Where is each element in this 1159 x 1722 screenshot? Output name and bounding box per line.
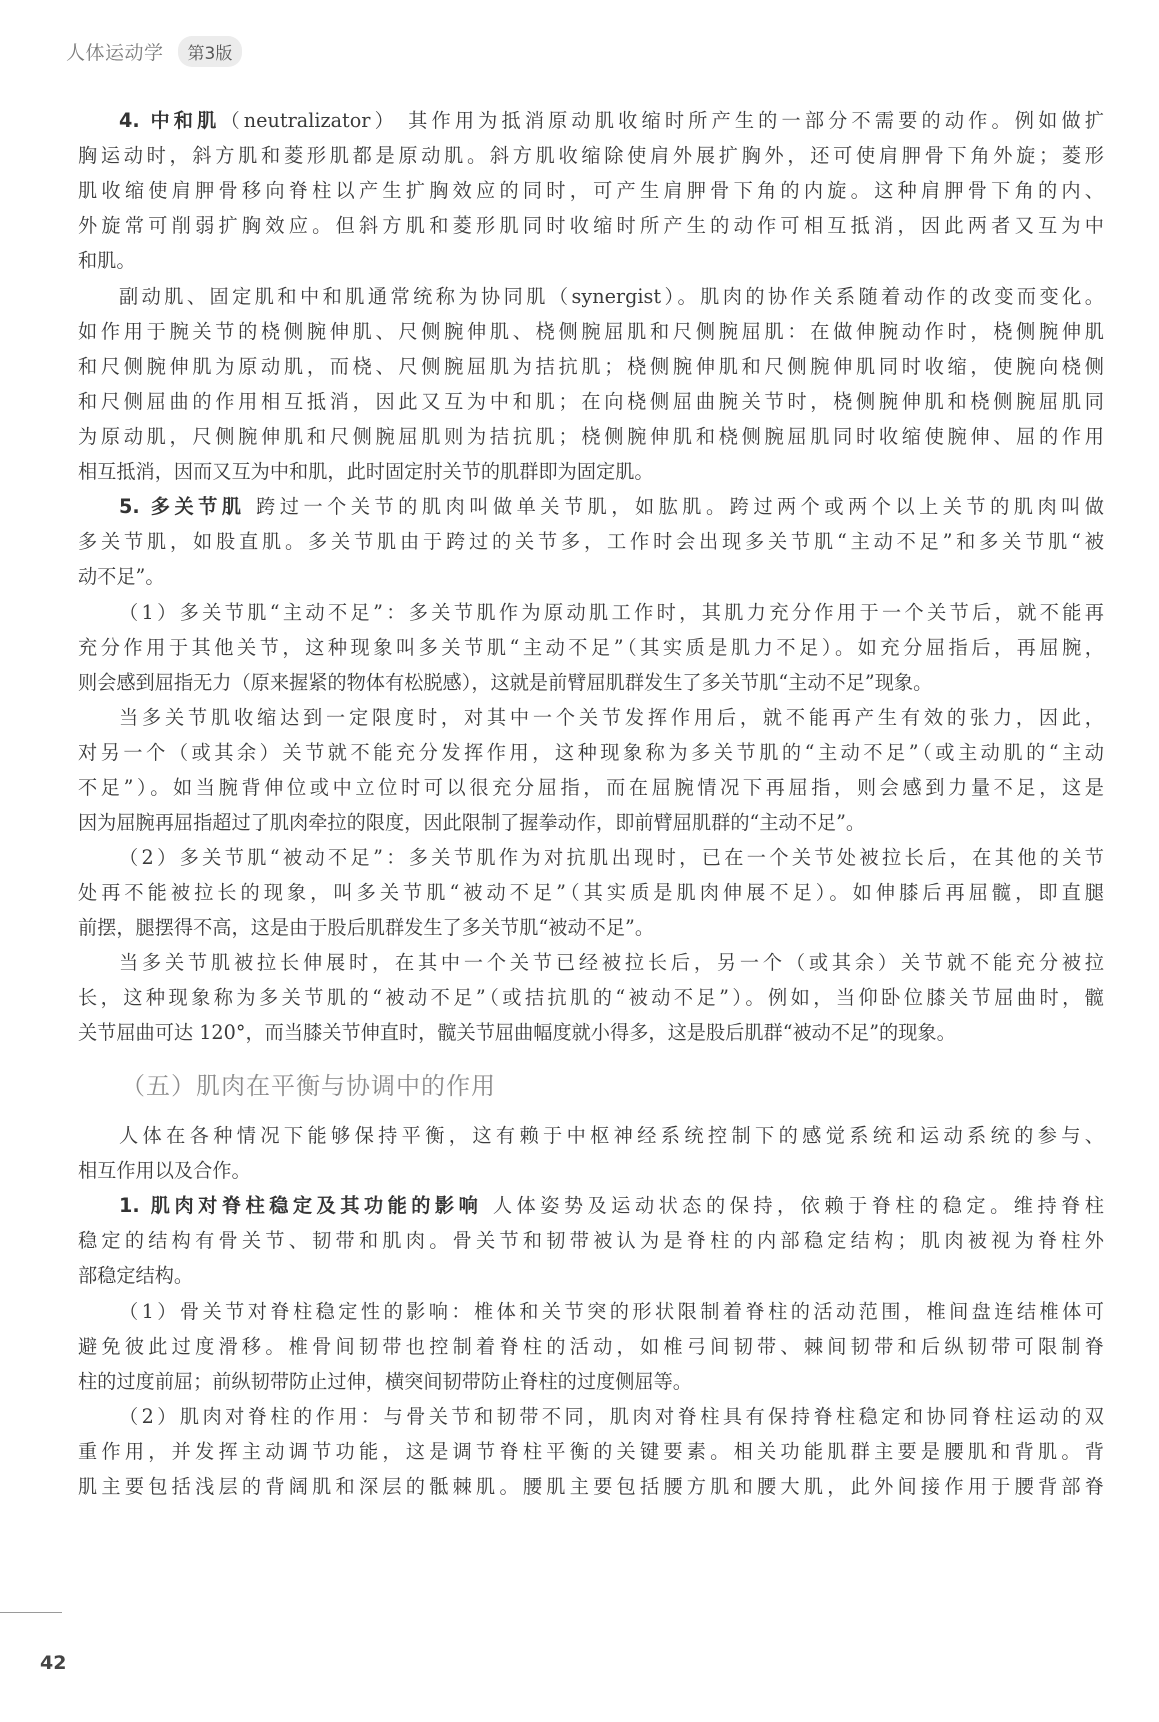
text-line: 部稳定结构。 [78, 1258, 1104, 1293]
text-line: 当多关节肌收缩达到一定限度时，对其中一个关节发挥作用后，就不能再产生有效的张力，… [78, 700, 1104, 735]
text-line: 则会感到屈指无力（原来握紧的物体有松脱感），这就是前臂屈肌群发生了多关节肌“主动… [78, 665, 1104, 700]
text-line: 副动肌、固定肌和中和肌通常统称为协同肌（synergist）。肌肉的协作关系随着… [78, 279, 1104, 314]
footer-rule [0, 1612, 62, 1613]
text-line: 动不足”。 [78, 559, 1104, 594]
text-line: （1）骨关节对脊柱稳定性的影响：椎体和关节突的形状限制着脊柱的活动范围，椎间盘连… [78, 1294, 1104, 1329]
text-line: 外旋常可削弱扩胸效应。但斜方肌和菱形肌同时收缩时所产生的动作可相互抵消，因此两者… [78, 208, 1104, 243]
page-number: 42 [40, 1652, 66, 1674]
text-line: 相互作用以及合作。 [78, 1153, 1104, 1188]
text-line: 不足”）。如当腕背伸位或中立位时可以很充分屈指，而在屈腕情况下再屈指，则会感到力… [78, 770, 1104, 805]
text-line: 如作用于腕关节的桡侧腕伸肌、尺侧腕伸肌、桡侧腕屈肌和尺侧腕屈肌：在做伸腕动作时，… [78, 314, 1104, 349]
text-line: 5. 多关节肌 跨过一个关节的肌肉叫做单关节肌，如肱肌。跨过两个或两个以上关节的… [78, 489, 1104, 524]
text-line: 关节屈曲可达 120°，而当膝关节伸直时，髋关节屈曲幅度就小得多，这是股后肌群“… [78, 1015, 1104, 1050]
subheading-neutralizer: 4. 中和肌 [119, 109, 220, 132]
text-line: 当多关节肌被拉长伸展时，在其中一个关节已经被拉长后，另一个（或其余）关节就不能充… [78, 945, 1104, 980]
section-title: （五）肌肉在平衡与协调中的作用 [78, 1056, 1104, 1116]
text-line: 柱的过度前屈；前纵韧带防止过伸，横突间韧带防止脊柱的过度侧屈等。 [78, 1364, 1104, 1399]
text-line: 充分作用于其他关节，这种现象叫多关节肌“主动不足”（其实质是肌力不足）。如充分屈… [78, 630, 1104, 665]
edition-badge: 第3版 [178, 36, 243, 67]
text-line: 因为屈腕再屈指超过了肌肉牵拉的限度，因此限制了握拳动作，即前臂屈肌群的“主动不足… [78, 805, 1104, 840]
text-line: 为原动肌，尺侧腕伸肌和尺侧腕屈肌则为拮抗肌；桡侧腕伸肌和桡侧腕屈肌同时收缩使腕伸… [78, 419, 1104, 454]
text-line: 肌收缩使肩胛骨移向脊柱以产生扩胸效应的同时，可产生肩胛骨下角的内旋。这种肩胛骨下… [78, 173, 1104, 208]
text-line: 长，这种现象称为多关节肌的“被动不足”（或拮抗肌的“被动不足”）。例如，当仰卧位… [78, 980, 1104, 1015]
text-line: 处再不能被拉长的现象，叫多关节肌“被动不足”（其实质是肌肉伸展不足）。如伸膝后再… [78, 875, 1104, 910]
text-line: 相互抵消，因而又互为中和肌，此时固定肘关节的肌群即为固定肌。 [78, 454, 1104, 489]
text-line: （2）肌肉对脊柱的作用：与骨关节和韧带不同，肌肉对脊柱具有保持脊柱稳定和协同脊柱… [78, 1399, 1104, 1434]
text-line: 对另一个（或其余）关节就不能充分发挥作用，这种现象称为多关节肌的“主动不足”（或… [78, 735, 1104, 770]
text-line: 和尺侧屈曲的作用相互抵消，因此又互为中和肌；在向桡侧屈曲腕关节时，桡侧腕伸肌和桡… [78, 384, 1104, 419]
page-body: 4. 中和肌（neutralizator） 其作用为抵消原动肌收缩时所产生的一部… [78, 103, 1104, 1504]
text-line: 4. 中和肌（neutralizator） 其作用为抵消原动肌收缩时所产生的一部… [78, 103, 1104, 138]
text-line: 多关节肌，如股直肌。多关节肌由于跨过的关节多，工作时会出现多关节肌“主动不足”和… [78, 524, 1104, 559]
text-line: 1. 肌肉对脊柱稳定及其功能的影响 人体姿势及运动状态的保持，依赖于脊柱的稳定。… [78, 1188, 1104, 1223]
text-line: 肌主要包括浅层的背阔肌和深层的骶棘肌。腰肌主要包括腰方肌和腰大肌，此外间接作用于… [78, 1469, 1104, 1504]
running-header: 人体运动学 第3版 [66, 36, 242, 67]
text-line: 稳定的结构有骨关节、韧带和肌肉。骨关节和韧带被认为是脊柱的内部稳定结构；肌肉被视… [78, 1223, 1104, 1258]
text-line: 和尺侧腕伸肌为原动肌，而桡、尺侧腕屈肌为拮抗肌；桡侧腕伸肌和尺侧腕伸肌同时收缩，… [78, 349, 1104, 384]
book-title: 人体运动学 [66, 38, 164, 65]
text-line: 前摆，腿摆得不高，这是由于股后肌群发生了多关节肌“被动不足”。 [78, 910, 1104, 945]
text-line: 重作用，并发挥主动调节功能，这是调节脊柱平衡的关键要素。相关功能肌群主要是腰肌和… [78, 1434, 1104, 1469]
text-line: 胸运动时，斜方肌和菱形肌都是原动肌。斜方肌收缩除使肩外展扩胸外，还可使肩胛骨下角… [78, 138, 1104, 173]
text-line: （1）多关节肌“主动不足”：多关节肌作为原动肌工作时，其肌力充分作用于一个关节后… [78, 595, 1104, 630]
text-line: 避免彼此过度滑移。椎骨间韧带也控制着脊柱的活动，如椎弓间韧带、棘间韧带和后纵韧带… [78, 1329, 1104, 1364]
text-line: （2）多关节肌“被动不足”：多关节肌作为对抗肌出现时，已在一个关节处被拉长后，在… [78, 840, 1104, 875]
subheading-multijoint: 5. 多关节肌 [119, 495, 246, 518]
text-line: 人体在各种情况下能够保持平衡，这有赖于中枢神经系统控制下的感觉系统和运动系统的参… [78, 1118, 1104, 1153]
subheading-spine-stability: 1. 肌肉对脊柱稳定及其功能的影响 [119, 1194, 482, 1217]
text-line: 和肌。 [78, 243, 1104, 278]
